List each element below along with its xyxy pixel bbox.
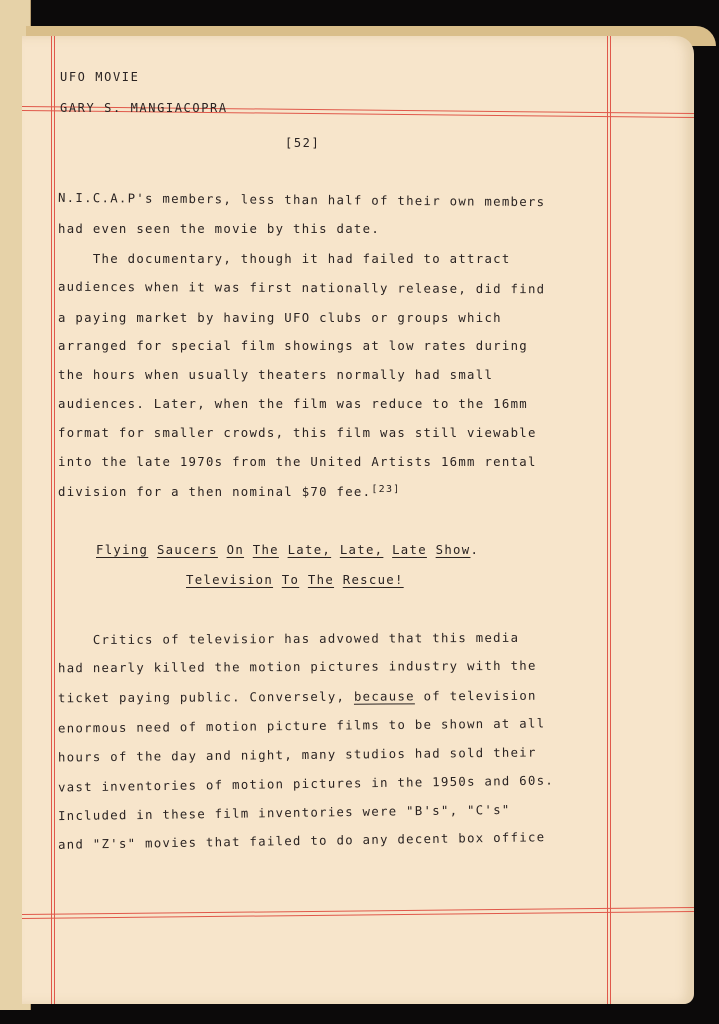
body-line: division for a then nominal $70 fee.: [58, 485, 371, 499]
heading-word: To: [282, 573, 299, 587]
heading-word: Late,: [340, 543, 384, 557]
heading-word: Flying: [96, 543, 148, 557]
underlined-word: because: [354, 689, 415, 703]
body-text: ticket paying public. Conversely,: [58, 690, 354, 706]
heading-word: Late: [392, 543, 427, 557]
body-line: format for smaller crowds, this film was…: [58, 426, 537, 440]
left-margin-rule: [51, 36, 52, 1004]
body-line: the hours when usually theaters normally…: [58, 368, 493, 382]
body-line: a paying market by having UFO clubs or g…: [58, 311, 502, 325]
document-title: UFO MOVIE: [60, 70, 139, 84]
section-heading-line2: Television To The Rescue!: [186, 573, 404, 587]
body-line-with-footnote: division for a then nominal $70 fee.[23]: [58, 484, 401, 499]
document-page: [22, 36, 694, 1004]
body-line: into the late 1970s from the United Arti…: [58, 455, 537, 469]
page-number: [52]: [285, 136, 320, 150]
heading-word: Television: [186, 573, 273, 587]
footnote-reference: [23]: [371, 484, 400, 495]
section-heading-line1: Flying Saucers On The Late, Late, Late S…: [96, 543, 479, 557]
heading-word: Late,: [288, 543, 332, 557]
body-line: Critics of televisior has advowed that t…: [58, 631, 519, 647]
author-name: GARY S. MANGIACOPRA: [60, 101, 228, 115]
body-line: ticket paying public. Conversely, becaus…: [58, 689, 537, 706]
body-line: audiences. Later, when the film was redu…: [58, 397, 528, 411]
right-margin-rule-2: [610, 36, 611, 1004]
right-margin-rule: [607, 36, 608, 1004]
body-line: had nearly killed the motion pictures in…: [58, 659, 537, 676]
left-margin-rule-2: [54, 36, 55, 1004]
heading-word: Saucers: [157, 543, 218, 557]
body-line: The documentary, though it had failed to…: [58, 252, 511, 266]
body-text: of television: [415, 689, 537, 704]
heading-word: Rescue!: [343, 573, 404, 587]
body-line: audiences when it was first nationally r…: [58, 280, 545, 297]
heading-word: The: [253, 543, 279, 557]
heading-word: On: [227, 543, 244, 557]
heading-word: The: [308, 573, 334, 587]
body-line: arranged for special film showings at lo…: [58, 339, 528, 353]
heading-word: Show: [436, 543, 471, 557]
heading-period: .: [470, 543, 479, 557]
body-line: had even seen the movie by this date.: [58, 222, 380, 236]
